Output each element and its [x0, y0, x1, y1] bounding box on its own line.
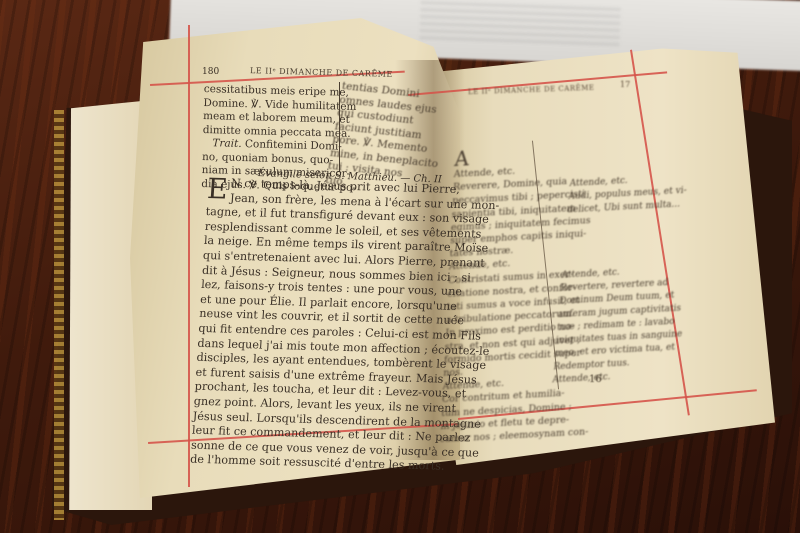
drop-cap: E — [206, 176, 228, 203]
right-page-number-bottom: 16 — [589, 374, 602, 385]
latin-line: Confitemini Domi- — [245, 138, 342, 153]
red-rule-left-vertical — [188, 25, 190, 487]
right-column-2: Attende, etc. Audi, populus meus, et vi-… — [552, 171, 697, 387]
left-page-number: 180 — [202, 67, 219, 77]
tract-label: Trait. — [212, 137, 242, 150]
right-page-number-top: 17 — [620, 80, 630, 89]
background-paper-text — [419, 2, 620, 49]
gilt-spine-edge — [54, 110, 64, 520]
